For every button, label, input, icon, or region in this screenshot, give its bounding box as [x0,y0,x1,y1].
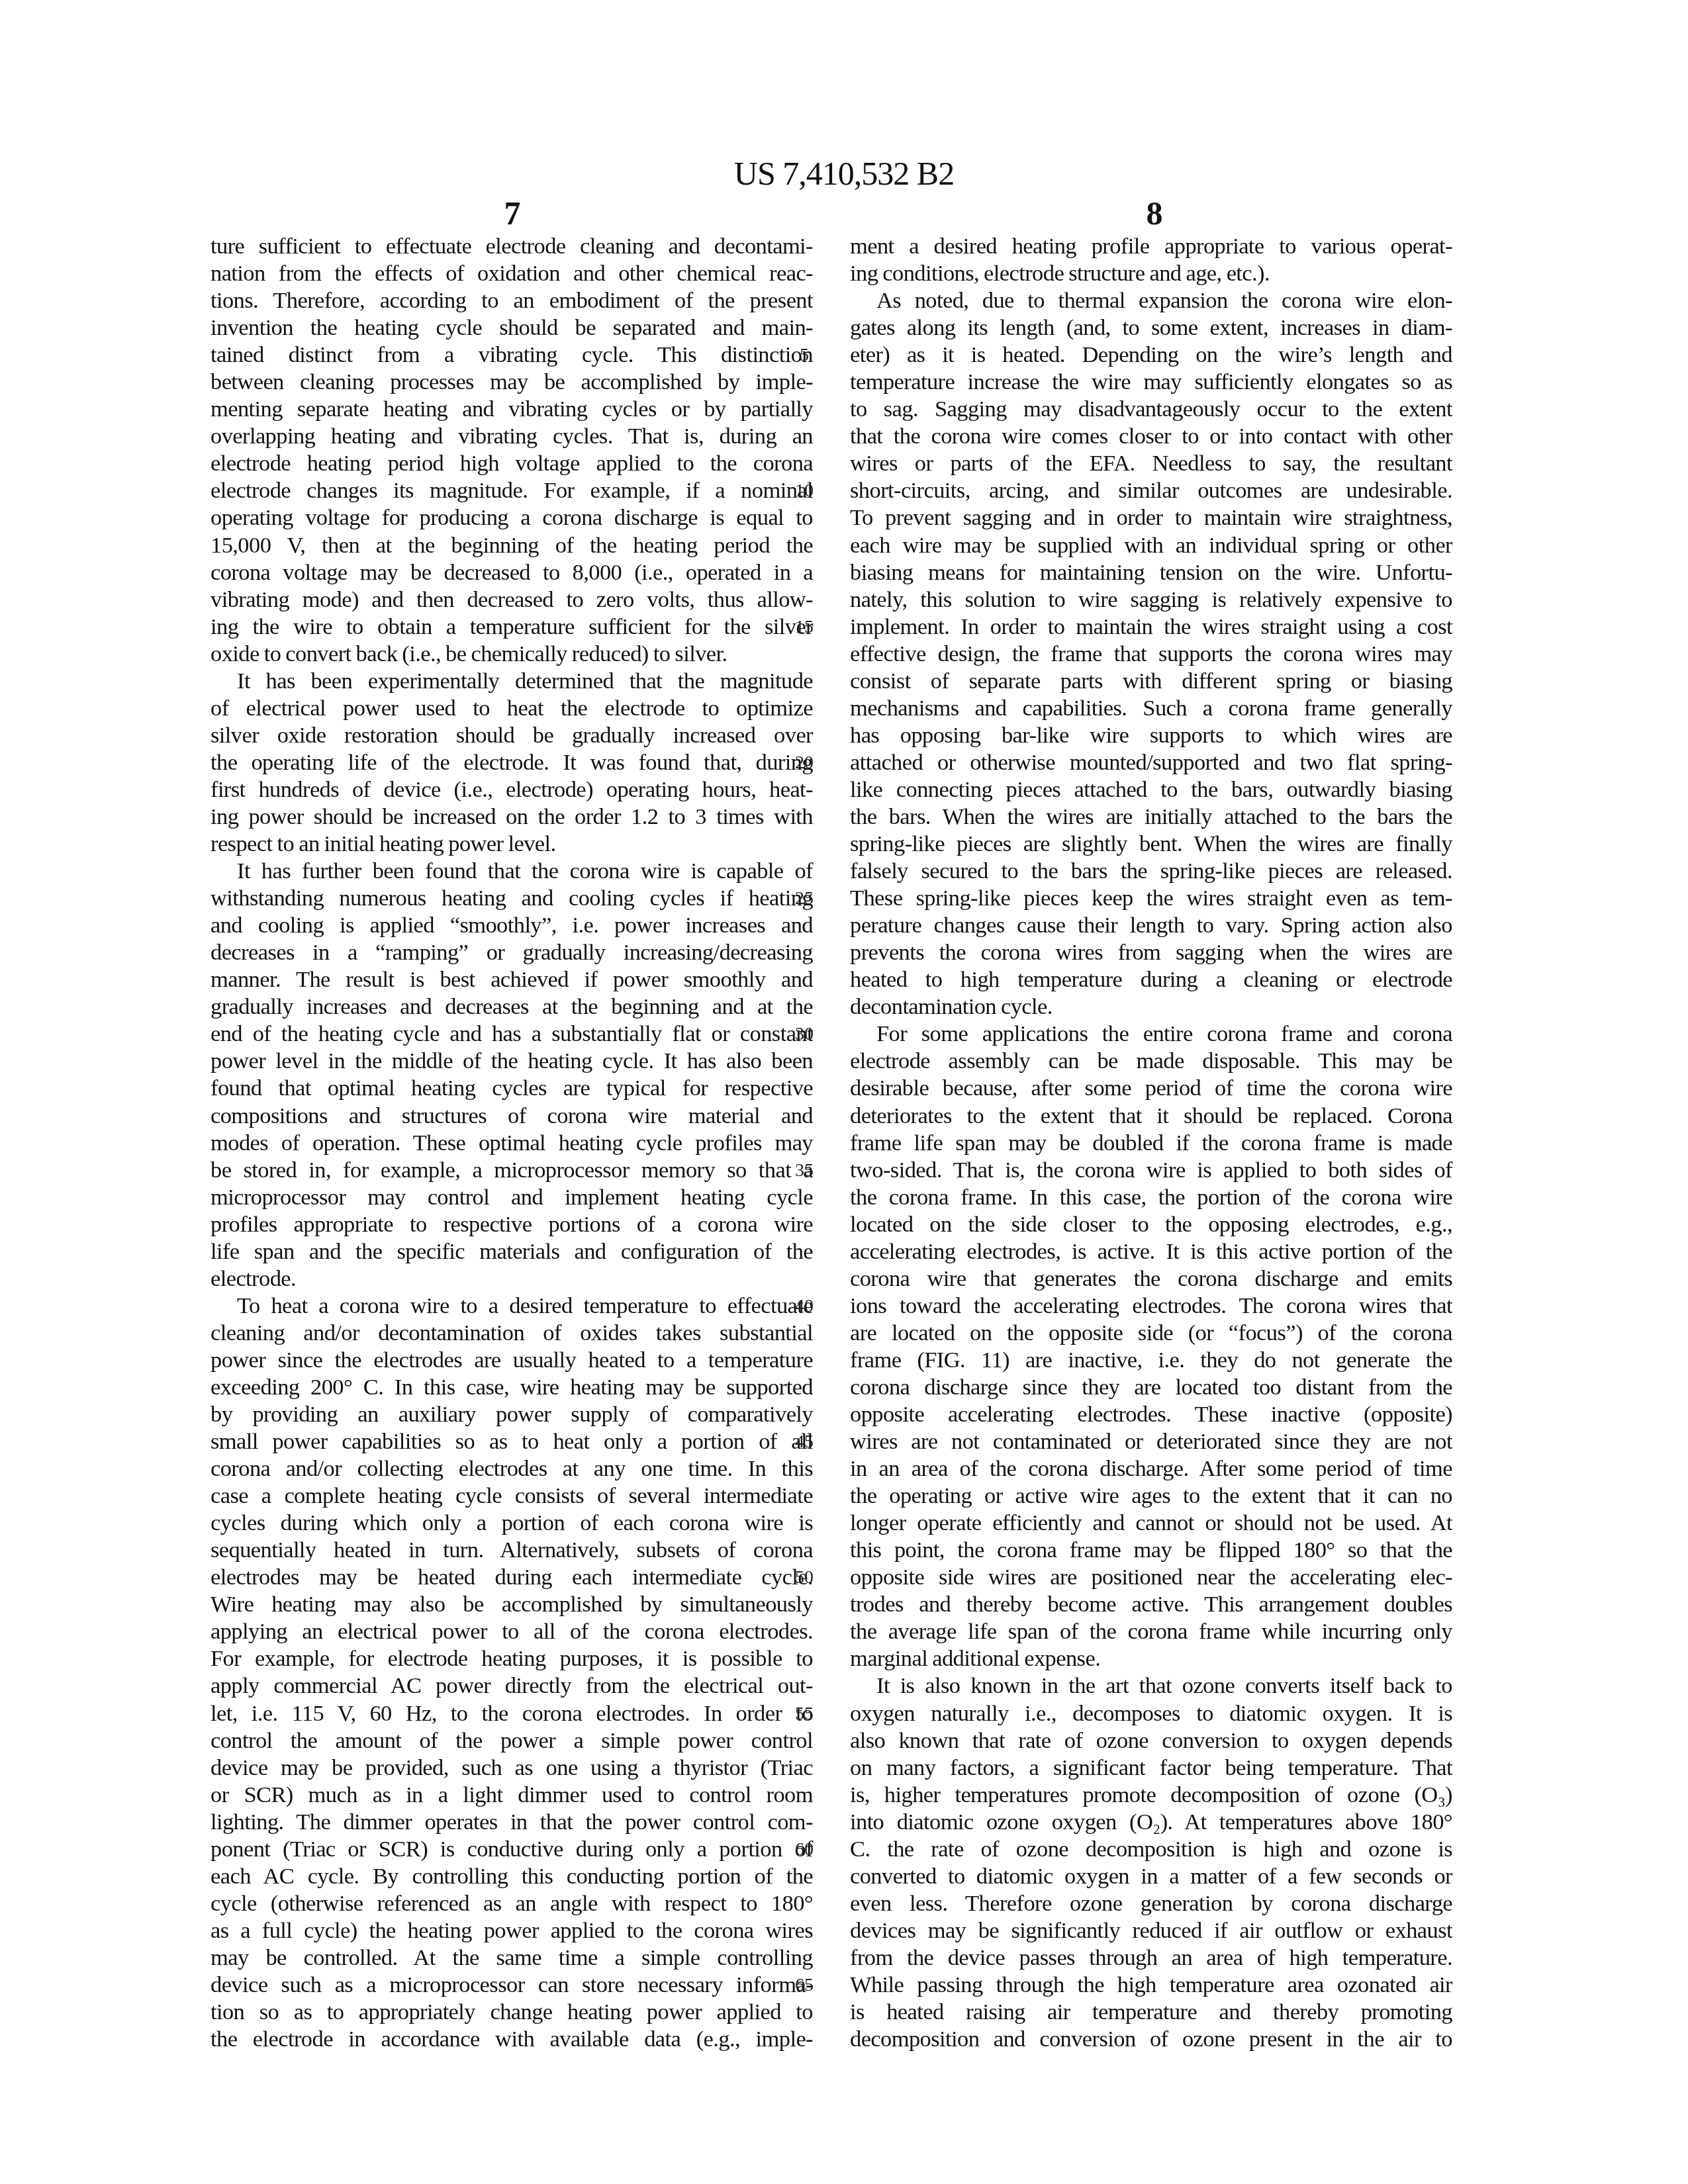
text-line: deteriorates to the extent that it shoul… [850,1103,1452,1130]
text-line: to sag. Sagging may disadvantageously oc… [850,396,1452,423]
text-line: cycle (otherwise referenced as an angle … [211,1890,813,1917]
text-line: between cleaning processes may be accomp… [211,369,813,396]
text-line: trodes and thereby become active. This a… [850,1591,1452,1618]
text-column-left: ture sufficient to effectuate electrode … [211,233,813,2053]
text-line: like connecting pieces attached to the b… [850,776,1452,803]
text-line: exceeding 200° C. In this case, wire hea… [211,1374,813,1401]
text-line: It is also known in the art that ozone c… [850,1672,1452,1700]
text-line: case a complete heating cycle consists o… [211,1482,813,1510]
text-line: electrodes may be heated during each int… [211,1564,813,1591]
text-line: even less. Therefore ozone generation by… [850,1890,1452,1917]
text-line: or SCR) much as in a light dimmer used t… [211,1782,813,1809]
text-line: decomposition and conversion of ozone pr… [850,2026,1452,2053]
text-line: also known that rate of ozone conversion… [850,1727,1452,1754]
line-number: 50 [774,1564,834,1591]
text-line: the operating or active wire ages to the… [850,1482,1452,1510]
text-line: desirable because, after some period of … [850,1075,1452,1102]
text-line: decreases in a “ramping” or gradually in… [211,939,813,966]
text-line: the operating life of the electrode. It … [211,749,813,776]
text-line: decontamination cycle. [850,993,1452,1021]
text-line: device may be provided, such as one usin… [211,1754,813,1782]
text-line: heated to high temperature during a clea… [850,966,1452,993]
text-line: These spring-like pieces keep the wires … [850,885,1452,912]
text-line: opposite accelerating electrodes. These … [850,1401,1452,1428]
text-line: marginal additional expense. [850,1645,1452,1672]
text-line: each wire may be supplied with an indivi… [850,532,1452,559]
text-line: It has further been found that the coron… [211,858,813,885]
text-line: It has been experimentally determined th… [211,668,813,695]
text-line: be stored in, for example, a microproces… [211,1157,813,1184]
text-line: short-circuits, arcing, and similar outc… [850,477,1452,504]
text-line: modes of operation. These optimal heatin… [211,1130,813,1157]
text-line: profiles appropriate to respective porti… [211,1211,813,1238]
text-line: devices may be significantly reduced if … [850,1917,1452,1944]
text-line: may be controlled. At the same time a si… [211,1944,813,1972]
text-line: let, i.e. 115 V, 60 Hz, to the corona el… [211,1700,813,1727]
text-line: consist of separate parts with different… [850,668,1452,695]
text-line: of electrical power used to heat the ele… [211,695,813,722]
text-line: withstanding numerous heating and coolin… [211,885,813,912]
text-line: each AC cycle. By controlling this condu… [211,1863,813,1890]
line-number: 60 [774,1836,834,1863]
text-line: corona voltage may be decreased to 8,000… [211,559,813,586]
text-line: on many factors, a significant factor be… [850,1754,1452,1782]
text-line: electrode. [211,1265,813,1293]
text-line: converted to diatomic oxygen in a matter… [850,1863,1452,1890]
text-line: tions. Therefore, according to an embodi… [211,287,813,314]
text-line: this point, the corona frame may be flip… [850,1537,1452,1564]
text-line: operating voltage for producing a corona… [211,504,813,531]
line-number: 55 [774,1700,834,1727]
line-number: 20 [774,749,834,776]
text-line: menting separate heating and vibrating c… [211,396,813,423]
text-line: As noted, due to thermal expansion the c… [850,287,1452,314]
text-line: invention the heating cycle should be se… [211,314,813,341]
column-number-right: 8 [1128,193,1181,233]
text-line: vibrating mode) and then decreased to ze… [211,586,813,614]
text-line: opposite side wires are positioned near … [850,1564,1452,1591]
text-line: power level in the middle of the heating… [211,1048,813,1075]
text-line: from the device passes through an area o… [850,1944,1452,1972]
text-line: respect to an initial heating power leve… [211,831,813,858]
text-line: has opposing bar-like wire supports to w… [850,722,1452,749]
text-line: To prevent sagging and in order to maint… [850,504,1452,531]
text-line: sequentially heated in turn. Alternative… [211,1537,813,1564]
text-line: gates along its length (and, to some ext… [850,314,1452,341]
line-number: 35 [774,1157,834,1184]
text-line: falsely secured to the bars the spring-l… [850,858,1452,885]
text-line: spring-like pieces are slightly bent. Wh… [850,831,1452,858]
line-number: 45 [774,1428,834,1455]
line-number: 25 [774,885,834,912]
text-line: ing the wire to obtain a temperature suf… [211,614,813,641]
text-line: mechanisms and capabilities. Such a coro… [850,695,1452,722]
text-line: prevents the corona wires from sagging w… [850,939,1452,966]
line-number: 65 [774,1972,834,1999]
text-line: the average life span of the corona fram… [850,1618,1452,1645]
text-line: oxide to convert back (i.e., be chemical… [211,641,813,668]
text-line: and cooling is applied “smoothly”, i.e. … [211,912,813,939]
text-line: nately, this solution to wire sagging is… [850,586,1452,614]
text-line: nation from the effects of oxidation and… [211,260,813,287]
text-line: small power capabilities so as to heat o… [211,1428,813,1455]
line-number: 10 [774,477,834,504]
text-line: biasing means for maintaining tension on… [850,559,1452,586]
text-line: control the amount of the power a simple… [211,1727,813,1754]
text-line: For some applications the entire corona … [850,1021,1452,1048]
text-line: end of the heating cycle and has a subst… [211,1021,813,1048]
text-line: implement. In order to maintain the wire… [850,614,1452,641]
text-line: the bars. When the wires are initially a… [850,803,1452,831]
text-line: gradually increases and decreases at the… [211,993,813,1021]
text-line: as a full cycle) the heating power appli… [211,1917,813,1944]
text-line: longer operate efficiently and cannot or… [850,1510,1452,1537]
text-line: microprocessor may control and implement… [211,1184,813,1211]
text-line: manner. The result is best achieved if p… [211,966,813,993]
text-line: frame life span may be doubled if the co… [850,1130,1452,1157]
text-line: ing conditions, electrode structure and … [850,260,1452,287]
text-line: effective design, the frame that support… [850,641,1452,668]
text-line: frame (FIG. 11) are inactive, i.e. they … [850,1347,1452,1374]
text-line: tained distinct from a vibrating cycle. … [211,341,813,369]
text-line: electrode changes its magnitude. For exa… [211,477,813,504]
line-number: 5 [774,341,834,369]
text-line: in an area of the corona discharge. Afte… [850,1455,1452,1482]
text-column-right: ment a desired heating profile appropria… [850,233,1452,2053]
text-line: cycles during which only a portion of ea… [211,1510,813,1537]
text-line: power since the electrodes are usually h… [211,1347,813,1374]
text-line: ions toward the accelerating electrodes.… [850,1293,1452,1320]
text-line: electrode assembly can be made disposabl… [850,1048,1452,1075]
text-line: ture sufficient to effectuate electrode … [211,233,813,260]
text-line: two-sided. That is, the corona wire is a… [850,1157,1452,1184]
text-line: ment a desired heating profile appropria… [850,233,1452,260]
text-line: C. the rate of ozone decomposition is hi… [850,1836,1452,1863]
text-line: found that optimal heating cycles are ty… [211,1075,813,1102]
text-line: While passing through the high temperatu… [850,1972,1452,1999]
text-line: cleaning and/or decontamination of oxide… [211,1320,813,1347]
line-number: 30 [774,1021,834,1048]
text-line: Wire heating may also be accomplished by… [211,1591,813,1618]
text-line: located on the side closer to the opposi… [850,1211,1452,1238]
text-line: attached or otherwise mounted/supported … [850,749,1452,776]
text-line: oxygen naturally i.e., decomposes to dia… [850,1700,1452,1727]
text-line: overlapping heating and vibrating cycles… [211,423,813,450]
text-line: device such as a microprocessor can stor… [211,1972,813,1999]
text-line: applying an electrical power to all of t… [211,1618,813,1645]
text-line: tion so as to appropriately change heati… [211,1999,813,2026]
text-line: eter) as it is heated. Depending on the … [850,341,1452,369]
text-line: corona and/or collecting electrodes at a… [211,1455,813,1482]
text-line: by providing an auxiliary power supply o… [211,1401,813,1428]
text-line: accelerating electrodes, is active. It i… [850,1238,1452,1265]
text-line: life span and the specific materials and… [211,1238,813,1265]
text-line: apply commercial AC power directly from … [211,1672,813,1700]
text-line: into diatomic ozone oxygen (O₂). At temp… [850,1809,1452,1836]
line-number: 40 [774,1293,834,1320]
patent-number: US 7,410,532 B2 [0,154,1688,193]
column-number-left: 7 [486,193,539,233]
text-line: is, higher temperatures promote decompos… [850,1782,1452,1809]
text-line: is heated raising air temperature and th… [850,1999,1452,2026]
text-line: corona discharge since they are located … [850,1374,1452,1401]
text-line: lighting. The dimmer operates in that th… [211,1809,813,1836]
text-line: that the corona wire comes closer to or … [850,423,1452,450]
text-line: perature changes cause their length to v… [850,912,1452,939]
text-line: wires or parts of the EFA. Needless to s… [850,450,1452,477]
text-line: ponent (Triac or SCR) is conductive duri… [211,1836,813,1863]
text-line: electrode heating period high voltage ap… [211,450,813,477]
text-line: first hundreds of device (i.e., electrod… [211,776,813,803]
text-line: the electrode in accordance with availab… [211,2026,813,2053]
text-line: temperature increase the wire may suffic… [850,369,1452,396]
text-line: corona wire that generates the corona di… [850,1265,1452,1293]
text-line: compositions and structures of corona wi… [211,1103,813,1130]
text-line: To heat a corona wire to a desired tempe… [211,1293,813,1320]
line-number: 15 [774,614,834,641]
text-line: wires are not contaminated or deteriorat… [850,1428,1452,1455]
text-line: silver oxide restoration should be gradu… [211,722,813,749]
text-line: 15,000 V, then at the beginning of the h… [211,532,813,559]
text-line: the corona frame. In this case, the port… [850,1184,1452,1211]
text-line: For example, for electrode heating purpo… [211,1645,813,1672]
text-line: ing power should be increased on the ord… [211,803,813,831]
text-line: are located on the opposite side (or “fo… [850,1320,1452,1347]
